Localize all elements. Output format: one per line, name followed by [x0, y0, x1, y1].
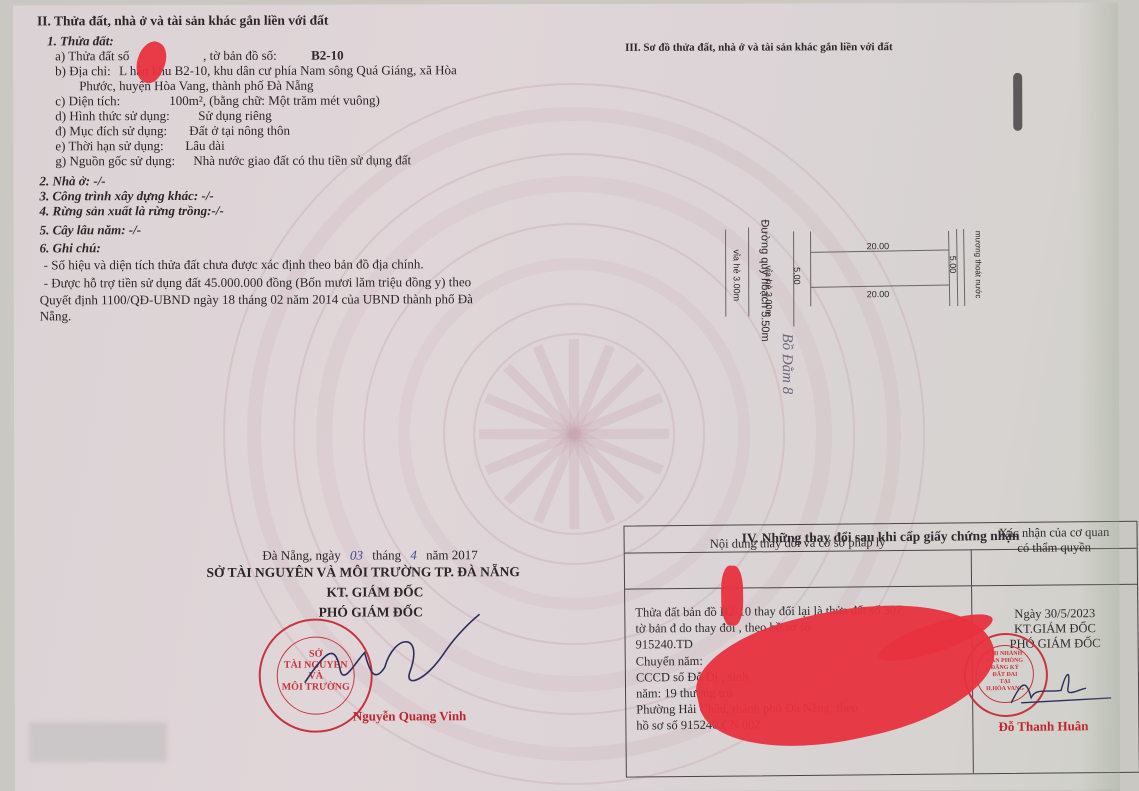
usage-form-label: d) Hình thức sử dụng: [55, 108, 170, 123]
usage-term-label: e) Thời hạn sử dụng: [55, 138, 163, 153]
other-construction-item: 3. Công trình xây dựng khác: -/- [39, 188, 213, 203]
usage-term-value: Lâu dài [185, 138, 224, 153]
signer-name: Nguyễn Quang Vinh [353, 708, 466, 723]
land-heading: 1. Thửa đất: [47, 33, 114, 48]
forest-item: 4. Rừng sản xuất là rừng trồng:-/- [39, 203, 223, 218]
left-width: 5.00 [789, 267, 804, 285]
usage-origin-label: g) Nguồn gốc sử dụng: [55, 153, 175, 168]
address-value-line1: L hân khu B2-10, khu dân cư phía Nam sôn… [119, 62, 457, 78]
area-label: c) Diện tích: [55, 93, 120, 108]
certificate-page: II. Thửa đất, nhà ở và tài sản khác gắn … [13, 3, 1120, 791]
house-item: 2. Nhà ở: -/- [39, 173, 105, 188]
drain-label: mương thoát nước [971, 231, 986, 298]
usage-purpose-label: đ) Mục đích sử dụng: [55, 123, 167, 138]
parcel-number-label: a) Thửa đất số [55, 48, 129, 63]
usage-origin-value: Nhà nước giao đất có thu tiền sử dụng đấ… [193, 152, 411, 168]
handwritten-road-name: Bồ Đằm 8 [779, 333, 794, 394]
note-line-4: Nẵng. [40, 308, 71, 323]
perennial-item: 5. Cây lâu năm: -/- [40, 222, 142, 237]
map-sheet-value: B2-10 [311, 48, 344, 63]
usage-purpose-value: Đất ở tại nông thôn [189, 123, 290, 138]
issue-year: năm 2017 [426, 547, 478, 562]
date-prefix: Đà Nẵng, ngày [262, 548, 340, 563]
signer-role-1: KT. GIÁM ĐỐC [326, 584, 423, 599]
parcel-diagram: 20.00 20.00 5.00 5.00 vỉa hè 3.00m vỉa h… [714, 221, 974, 332]
top-length: 20.00 [867, 239, 890, 254]
issue-day: 03 [350, 548, 363, 563]
section-ii-title: II. Thửa đất, nhà ở và tài sản khác gắn … [37, 13, 328, 29]
changes-table: IV. Những thay đổi sau khi cấp giấy chứn… [623, 521, 1139, 778]
outer-sidewalk-label: vỉa hè 3.00m [729, 250, 744, 302]
note-line-3: Quyết định 1100/QĐ-UBND ngày 18 tháng 02… [40, 291, 473, 307]
issue-date: Đà Nẵng, ngày 03 tháng 4 năm 2017 [262, 547, 477, 563]
map-sheet-label: , tờ bản đồ số: [203, 48, 277, 63]
redaction-mark [721, 566, 744, 626]
month-label: tháng [372, 547, 401, 562]
area-value: 100m², (bằng chữ: Một trăm mét vuông) [169, 92, 380, 108]
signature-scribble [285, 612, 485, 703]
ink-smudge [1013, 73, 1022, 131]
right-width: 5.00 [945, 256, 960, 274]
planned-road-label: Đường quy hoạch 5.50m [757, 219, 772, 341]
note-line-1: - Số hiệu và diện tích thửa đất chưa đượ… [44, 256, 424, 272]
address-value-line2: Phước, huyện Hòa Vang, thành phố Đà Nẵng [79, 78, 313, 94]
notes-heading: 6. Ghi chú: [40, 240, 101, 255]
confirmation-signer: Đỗ Thanh Huân [998, 718, 1088, 735]
blurred-area [29, 722, 167, 762]
issuing-agency: SỞ TÀI NGUYÊN VÀ MÔI TRƯỜNG TP. ĐÀ NẴNG [206, 564, 519, 580]
bottom-length: 20.00 [867, 287, 890, 302]
section-iii-title: III. Sơ đồ thửa đất, nhà ở và tài sản kh… [625, 40, 893, 56]
usage-form-value: Sử dụng riêng [198, 108, 272, 123]
note-line-2: - Được hỗ trợ tiền sử dụng đất 45.000.00… [44, 274, 471, 290]
address-label: b) Địa chỉ: [55, 63, 111, 78]
issue-month: 4 [410, 547, 417, 562]
